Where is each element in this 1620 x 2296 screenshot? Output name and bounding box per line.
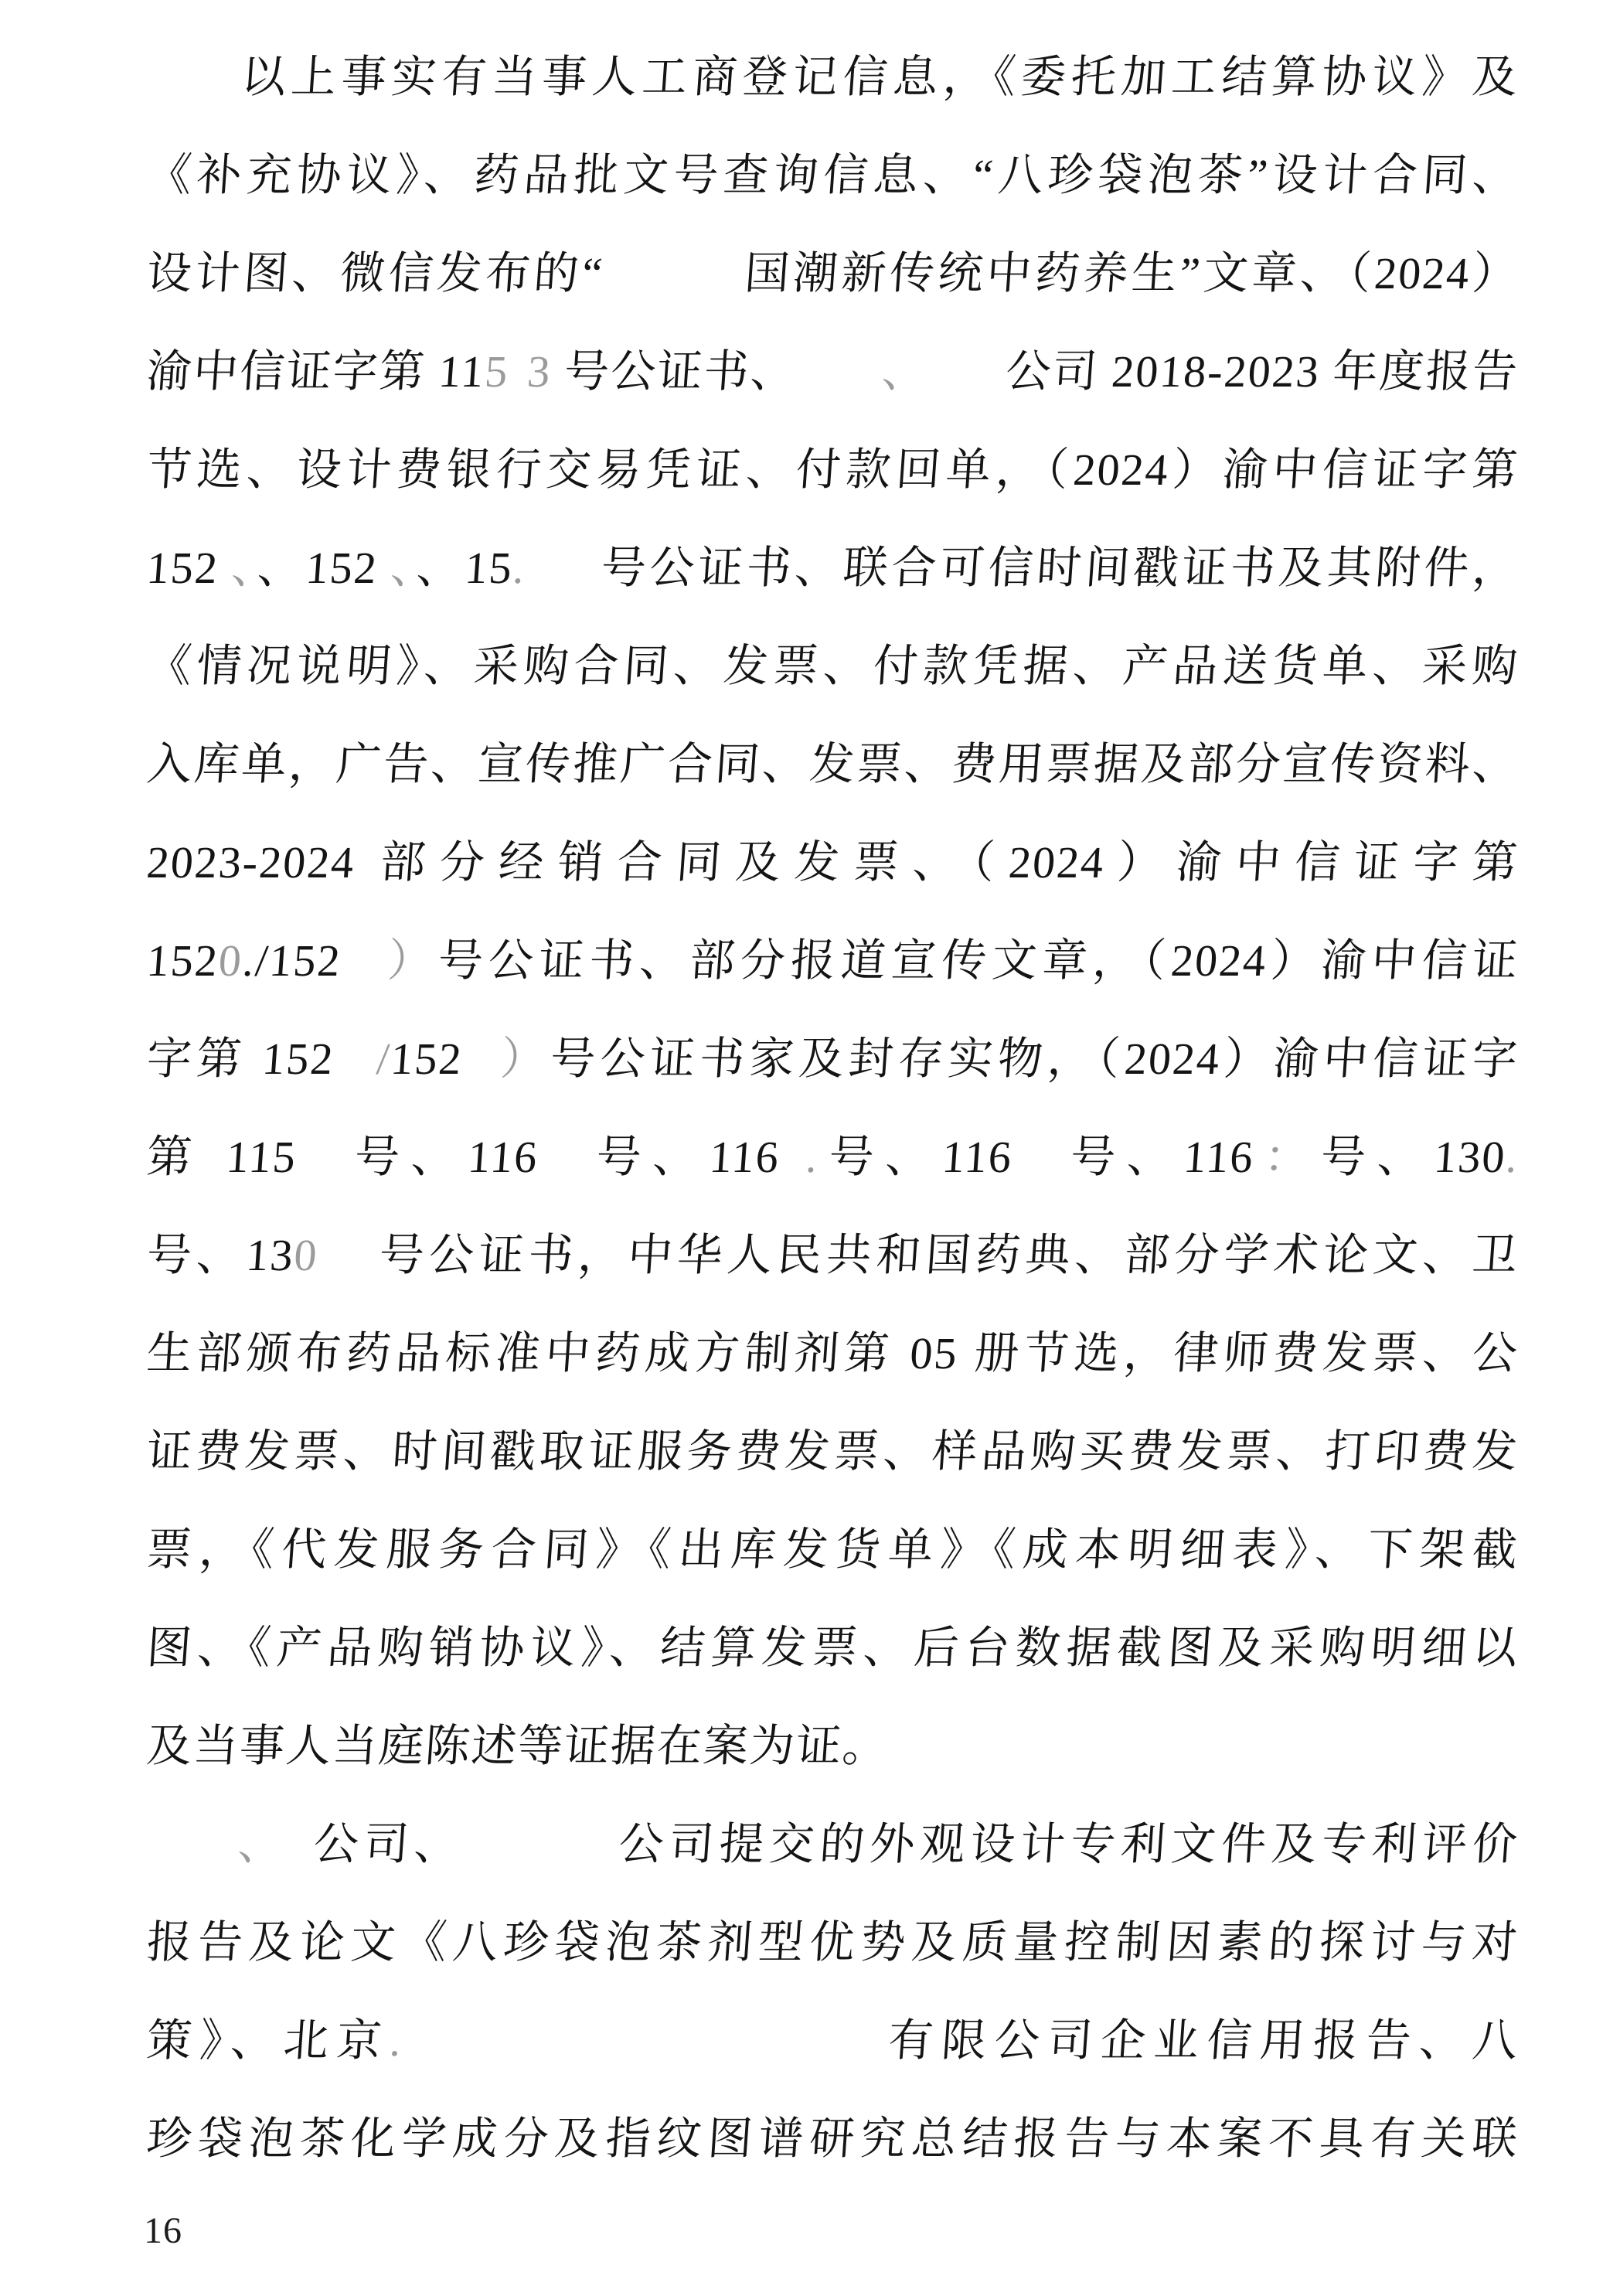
text-run: 《情况说明》、采购合同、发票、付款凭据、产品送货单、采购: [145, 641, 1521, 691]
redacted-gap: [288, 1858, 309, 1859]
text-line: 报告及论文《八珍袋泡茶剂型优势及质量控制因素的探讨与对: [144, 1893, 1523, 1991]
text-run: 公司 2018-2023 年度报告: [1004, 346, 1520, 397]
text-run: 报告及论文《八珍袋泡茶剂型优势及质量控制因素的探讨与对: [145, 1917, 1521, 1967]
text-run: 号公证书、联合可信时间戳证书及其附件，: [597, 543, 1520, 593]
text-run: 国潮新传统中药养生”文章、（2024）: [741, 248, 1521, 298]
redacted-gap: [779, 1171, 805, 1172]
redacted-gap: [402, 2055, 881, 2056]
text-run: 号、116: [343, 1132, 540, 1182]
text-run: 生部颁布药品标准中药成方制剂第 05 册节选，律师费发票、公: [145, 1328, 1521, 1378]
redacted-gap: [796, 386, 881, 387]
text-run: 证费发票、时间戳取证服务费发票、样品购买费发票、打印费发: [145, 1426, 1521, 1477]
text-run: 策》、北京: [145, 2015, 392, 2066]
text-run: 渝中信证字第 11: [145, 346, 487, 397]
faded-text-run: 3: [526, 346, 553, 397]
redacted-gap: [1012, 1171, 1060, 1172]
text-run: 《补充协议》、药品批文号查询信息、“八珍袋泡茶”设计合同、: [145, 150, 1521, 200]
text-line: 入库单，广告、宣传推广合同、发票、费用票据及部分宣传资料、: [144, 715, 1523, 813]
faded-text-run: 、: [228, 543, 260, 593]
text-run: 公司提交的外观设计专利文件及专利评价: [614, 1819, 1521, 1869]
text-line: 《情况说明》、采购合同、发票、付款凭据、产品送货单、采购: [144, 617, 1523, 715]
text-line: 图、《产品购销协议》、结算发票、后台数据截图及采购明细以: [144, 1599, 1523, 1697]
text-run: 号公证书、: [550, 346, 798, 397]
faded-text-run: 0: [217, 935, 245, 986]
text-run: 公司、: [308, 1819, 466, 1869]
faded-text-run: 、: [237, 1819, 291, 1869]
text-line: 2023-2024 部分经销合同及发票、（2024）渝中信证字第: [144, 813, 1523, 911]
text-run: 2023-2024 部分经销合同及发票、（2024）渝中信证字第: [145, 837, 1521, 887]
faded-text-run: 0: [292, 1230, 320, 1280]
faded-text-run: 、: [387, 543, 419, 593]
text-run: 节选、设计费银行交易凭证、付款回单，（2024）渝中信证字第: [145, 445, 1521, 495]
page-number: 16: [144, 2208, 182, 2254]
text-line: 证费发票、时间戳取证服务费发票、样品购买费发票、打印费发: [144, 1402, 1523, 1501]
text-line: 、公司、公司提交的外观设计专利文件及专利评价: [144, 1795, 1523, 1893]
text-line: 1520./152）号公证书、部分报道宣传文章，（2024）渝中信证: [144, 911, 1523, 1010]
text-line: 152、、152、、15.号公证书、联合可信时间戳证书及其附件，: [144, 519, 1523, 617]
text-line: 渝中信证字第 1153 号公证书、、公司 2018-2023 年度报告: [144, 322, 1523, 421]
text-run: 号、116: [817, 1132, 1014, 1182]
document-body: 以上事实有当事人工商登记信息，《委托加工结算协议》及《补充协议》、药品批文号查询…: [147, 28, 1519, 2188]
faded-text-run: ）: [495, 1034, 552, 1084]
text-line: 设计图、微信发布的“国潮新传统中药养生”文章、（2024）: [144, 224, 1523, 322]
faded-text-run: ）: [382, 935, 440, 986]
faded-text-run: .: [1504, 1132, 1520, 1182]
text-line: 字第 152/152）号公证书家及封存实物，（2024）渝中信证字: [144, 1010, 1523, 1108]
text-run: 152: [389, 1034, 465, 1084]
redacted-gap: [218, 582, 229, 583]
text-line: 第 115号、116号、116.号、116号、116：号、130.: [144, 1108, 1523, 1206]
faded-text-run: ：: [1252, 1132, 1322, 1182]
text-run: 号公证书、部分报道宣传文章，（2024）渝中信证: [437, 935, 1521, 986]
redacted-gap: [508, 386, 526, 387]
text-run: 字第 152: [145, 1034, 336, 1084]
redacted-gap: [376, 582, 387, 583]
text-run: 号公证书，中华人民共和国药典、部分学术论文、卫: [374, 1230, 1520, 1280]
text-run: 号公证书家及封存实物，（2024）渝中信证字: [549, 1034, 1520, 1084]
text-line: 策》、北京.有限公司企业信用报告、八: [144, 1991, 1523, 2090]
text-line: 票，《代发服务合同》《出库发货单》《成本明细表》、下架截: [144, 1501, 1523, 1599]
text-run: 有限公司企业信用报告、八: [880, 2015, 1521, 2066]
text-line: 节选、设计费银行交易凭证、付款回单，（2024）渝中信证字第: [144, 421, 1523, 519]
text-run: ./152: [241, 935, 343, 986]
text-run: 入库单，广告、宣传推广合同、发票、费用票据及部分宣传资料、: [145, 739, 1521, 789]
text-line: 及当事人当庭陈述等证据在案为证。: [144, 1697, 1523, 1795]
text-run: 图、《产品购销协议》、结算发票、后台数据截图及采购明细以: [145, 1623, 1521, 1673]
faded-text-run: 5: [483, 346, 511, 397]
redacted-gap: [461, 1073, 496, 1074]
faded-text-run: .: [388, 2015, 404, 2066]
text-run: 、152: [256, 543, 379, 593]
text-run: 以上事实有当事人工商登记信息，《委托加工结算协议》及: [240, 52, 1521, 102]
text-run: 票，《代发服务合同》《出库发货单》《成本明细表》、下架截: [145, 1524, 1521, 1575]
text-line: 《补充协议》、药品批文号查询信息、“八珍袋泡茶”设计合同、: [144, 126, 1523, 224]
text-run: 号、13: [145, 1230, 296, 1280]
text-run: 152: [145, 935, 221, 986]
text-run: 珍袋泡茶化学成分及指纹图谱研究总结报告与本案不具有关联: [145, 2114, 1521, 2164]
redacted-gap: [927, 386, 1005, 387]
text-line: 号、130号公证书，中华人民共和国药典、部分学术论文、卫: [144, 1206, 1523, 1304]
text-run: 设计图、微信发布的“: [145, 248, 606, 298]
text-line: 生部颁布药品标准中药成方制剂第 05 册节选，律师费发票、公: [144, 1304, 1523, 1402]
redacted-gap: [463, 1858, 614, 1859]
redacted-gap: [537, 1171, 585, 1172]
redacted-gap: [295, 1171, 343, 1172]
text-line: 以上事实有当事人工商登记信息，《委托加工结算协议》及: [144, 28, 1523, 126]
document-page: 以上事实有当事人工商登记信息，《委托加工结算协议》及《补充协议》、药品批文号查询…: [0, 0, 1620, 2296]
redacted-gap: [333, 1073, 376, 1074]
text-run: 、15: [415, 543, 515, 593]
faded-text-run: .: [511, 543, 527, 593]
text-run: 号、116: [1059, 1132, 1256, 1182]
faded-text-run: 、: [880, 346, 931, 397]
redacted-gap: [603, 288, 742, 288]
text-run: 及当事人当庭陈述等证据在案为证。: [145, 1721, 891, 1771]
redacted-gap: [317, 1269, 375, 1270]
text-run: 152: [145, 543, 221, 593]
redacted-gap: [340, 975, 383, 976]
redacted-gap: [525, 582, 598, 583]
text-run: 号、130: [1319, 1132, 1508, 1182]
text-line: 珍袋泡茶化学成分及指纹图谱研究总结报告与本案不具有关联: [144, 2090, 1523, 2188]
text-run: 号、116: [584, 1132, 781, 1182]
text-run: 第 115: [145, 1132, 298, 1182]
